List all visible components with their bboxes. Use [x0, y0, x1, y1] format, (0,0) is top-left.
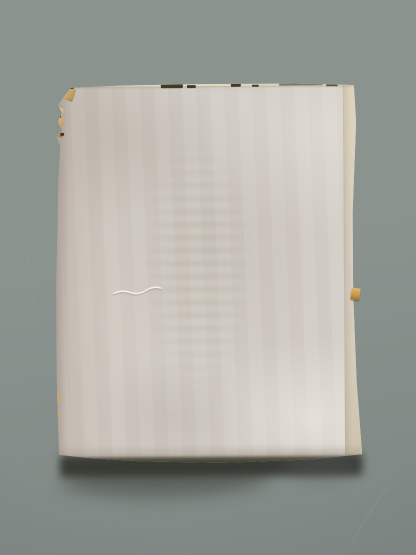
- edge-wear-chip: [252, 85, 259, 87]
- tear-speck: [60, 133, 64, 136]
- gold-nick: [350, 287, 361, 300]
- edge-wear-chip: [231, 84, 241, 87]
- crease-mark: [112, 285, 162, 297]
- book-back-cover: [55, 82, 363, 464]
- edge-wear-chip: [187, 85, 196, 88]
- edge-wear-spot: [58, 412, 61, 417]
- light-sheen: [196, 330, 357, 451]
- photo-of-book: [0, 0, 416, 555]
